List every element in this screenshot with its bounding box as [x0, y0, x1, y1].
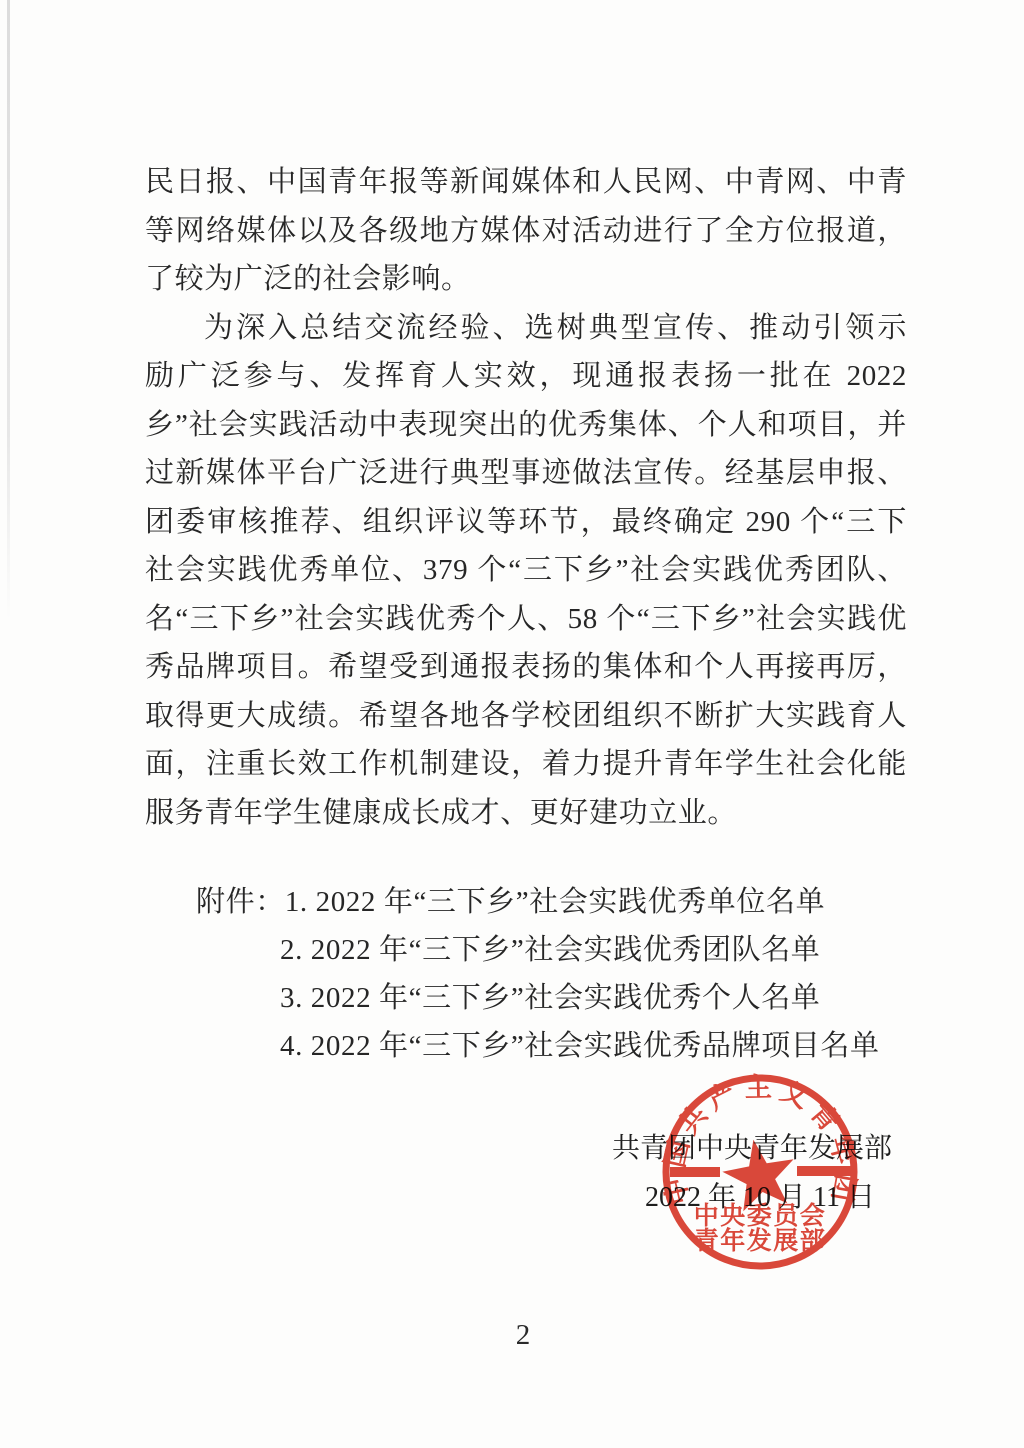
body-line: 团委审核推荐、组织评议等环节，最终确定 290 个“三下乡” — [145, 498, 907, 547]
body-line: 取得更大成绩。希望各地各学校团组织不断扩大实践育人覆盖 — [145, 692, 907, 741]
body-line: 为深入总结交流经验、选树典型宣传、推动引领示范、激 — [145, 304, 907, 353]
body-line: 励广泛参与、发挥育人实效，现通报表扬一批在 2022 年“三下 — [145, 352, 907, 401]
document-page: 民日报、中国青年报等新闻媒体和人民网、中青网、中青在线 等网络媒体以及各级地方媒… — [0, 0, 1024, 1448]
attachments-label: 附件： — [196, 878, 285, 926]
seal-star-icon — [722, 1140, 793, 1212]
attachment-row: 附件：1. 2022 年“三下乡”社会实践优秀单位名单 — [196, 878, 896, 926]
body-line: 社会实践优秀单位、379 个“三下乡”社会实践优秀团队、198 — [145, 546, 907, 595]
attachment-item: 3. 2022 年“三下乡”社会实践优秀个人名单 — [196, 974, 896, 1022]
body-line: 服务青年学生健康成长成才、更好建功立业。 — [145, 789, 907, 838]
body-line: 面，注重长效工作机制建设，着力提升青年学生社会化能力， — [145, 740, 907, 789]
scan-artifact-line — [7, 0, 10, 620]
attachment-item: 2. 2022 年“三下乡”社会实践优秀团队名单 — [196, 926, 896, 974]
attachment-item: 1. 2022 年“三下乡”社会实践优秀单位名单 — [285, 886, 825, 918]
body-line: 乡”社会实践活动中表现突出的优秀集体、个人和项目，并通 — [145, 401, 907, 450]
page-number: 2 — [500, 1317, 546, 1353]
body-line: 名“三下乡”社会实践优秀个人、58 个“三下乡”社会实践优 — [145, 595, 907, 644]
seal-center-line1: 中央委员会 — [694, 1201, 827, 1230]
attachment-item: 4. 2022 年“三下乡”社会实践优秀品牌项目名单 — [196, 1022, 896, 1070]
body-line: 民日报、中国青年报等新闻媒体和人民网、中青网、中青在线 — [145, 158, 907, 207]
body-line: 等网络媒体以及各级地方媒体对活动进行了全方位报道，产生 — [145, 207, 907, 256]
official-seal: 中国共产主义青年团 中央委员会 青年发展部 — [655, 1067, 865, 1277]
body-line: 了较为广泛的社会影响。 — [145, 255, 907, 304]
attachments-list: 附件：1. 2022 年“三下乡”社会实践优秀单位名单 2. 2022 年“三下… — [196, 878, 896, 1070]
seal-right-bar — [797, 1166, 851, 1176]
document-body: 民日报、中国青年报等新闻媒体和人民网、中青网、中青在线 等网络媒体以及各级地方媒… — [145, 158, 907, 837]
body-line: 秀品牌项目。希望受到通报表扬的集体和个人再接再厉，不断 — [145, 643, 907, 692]
seal-center-line2: 青年发展部 — [694, 1226, 827, 1255]
body-line: 过新媒体平台广泛进行典型事迹做法宣传。经基层申报、省级 — [145, 449, 907, 498]
seal-left-bar — [670, 1167, 720, 1177]
